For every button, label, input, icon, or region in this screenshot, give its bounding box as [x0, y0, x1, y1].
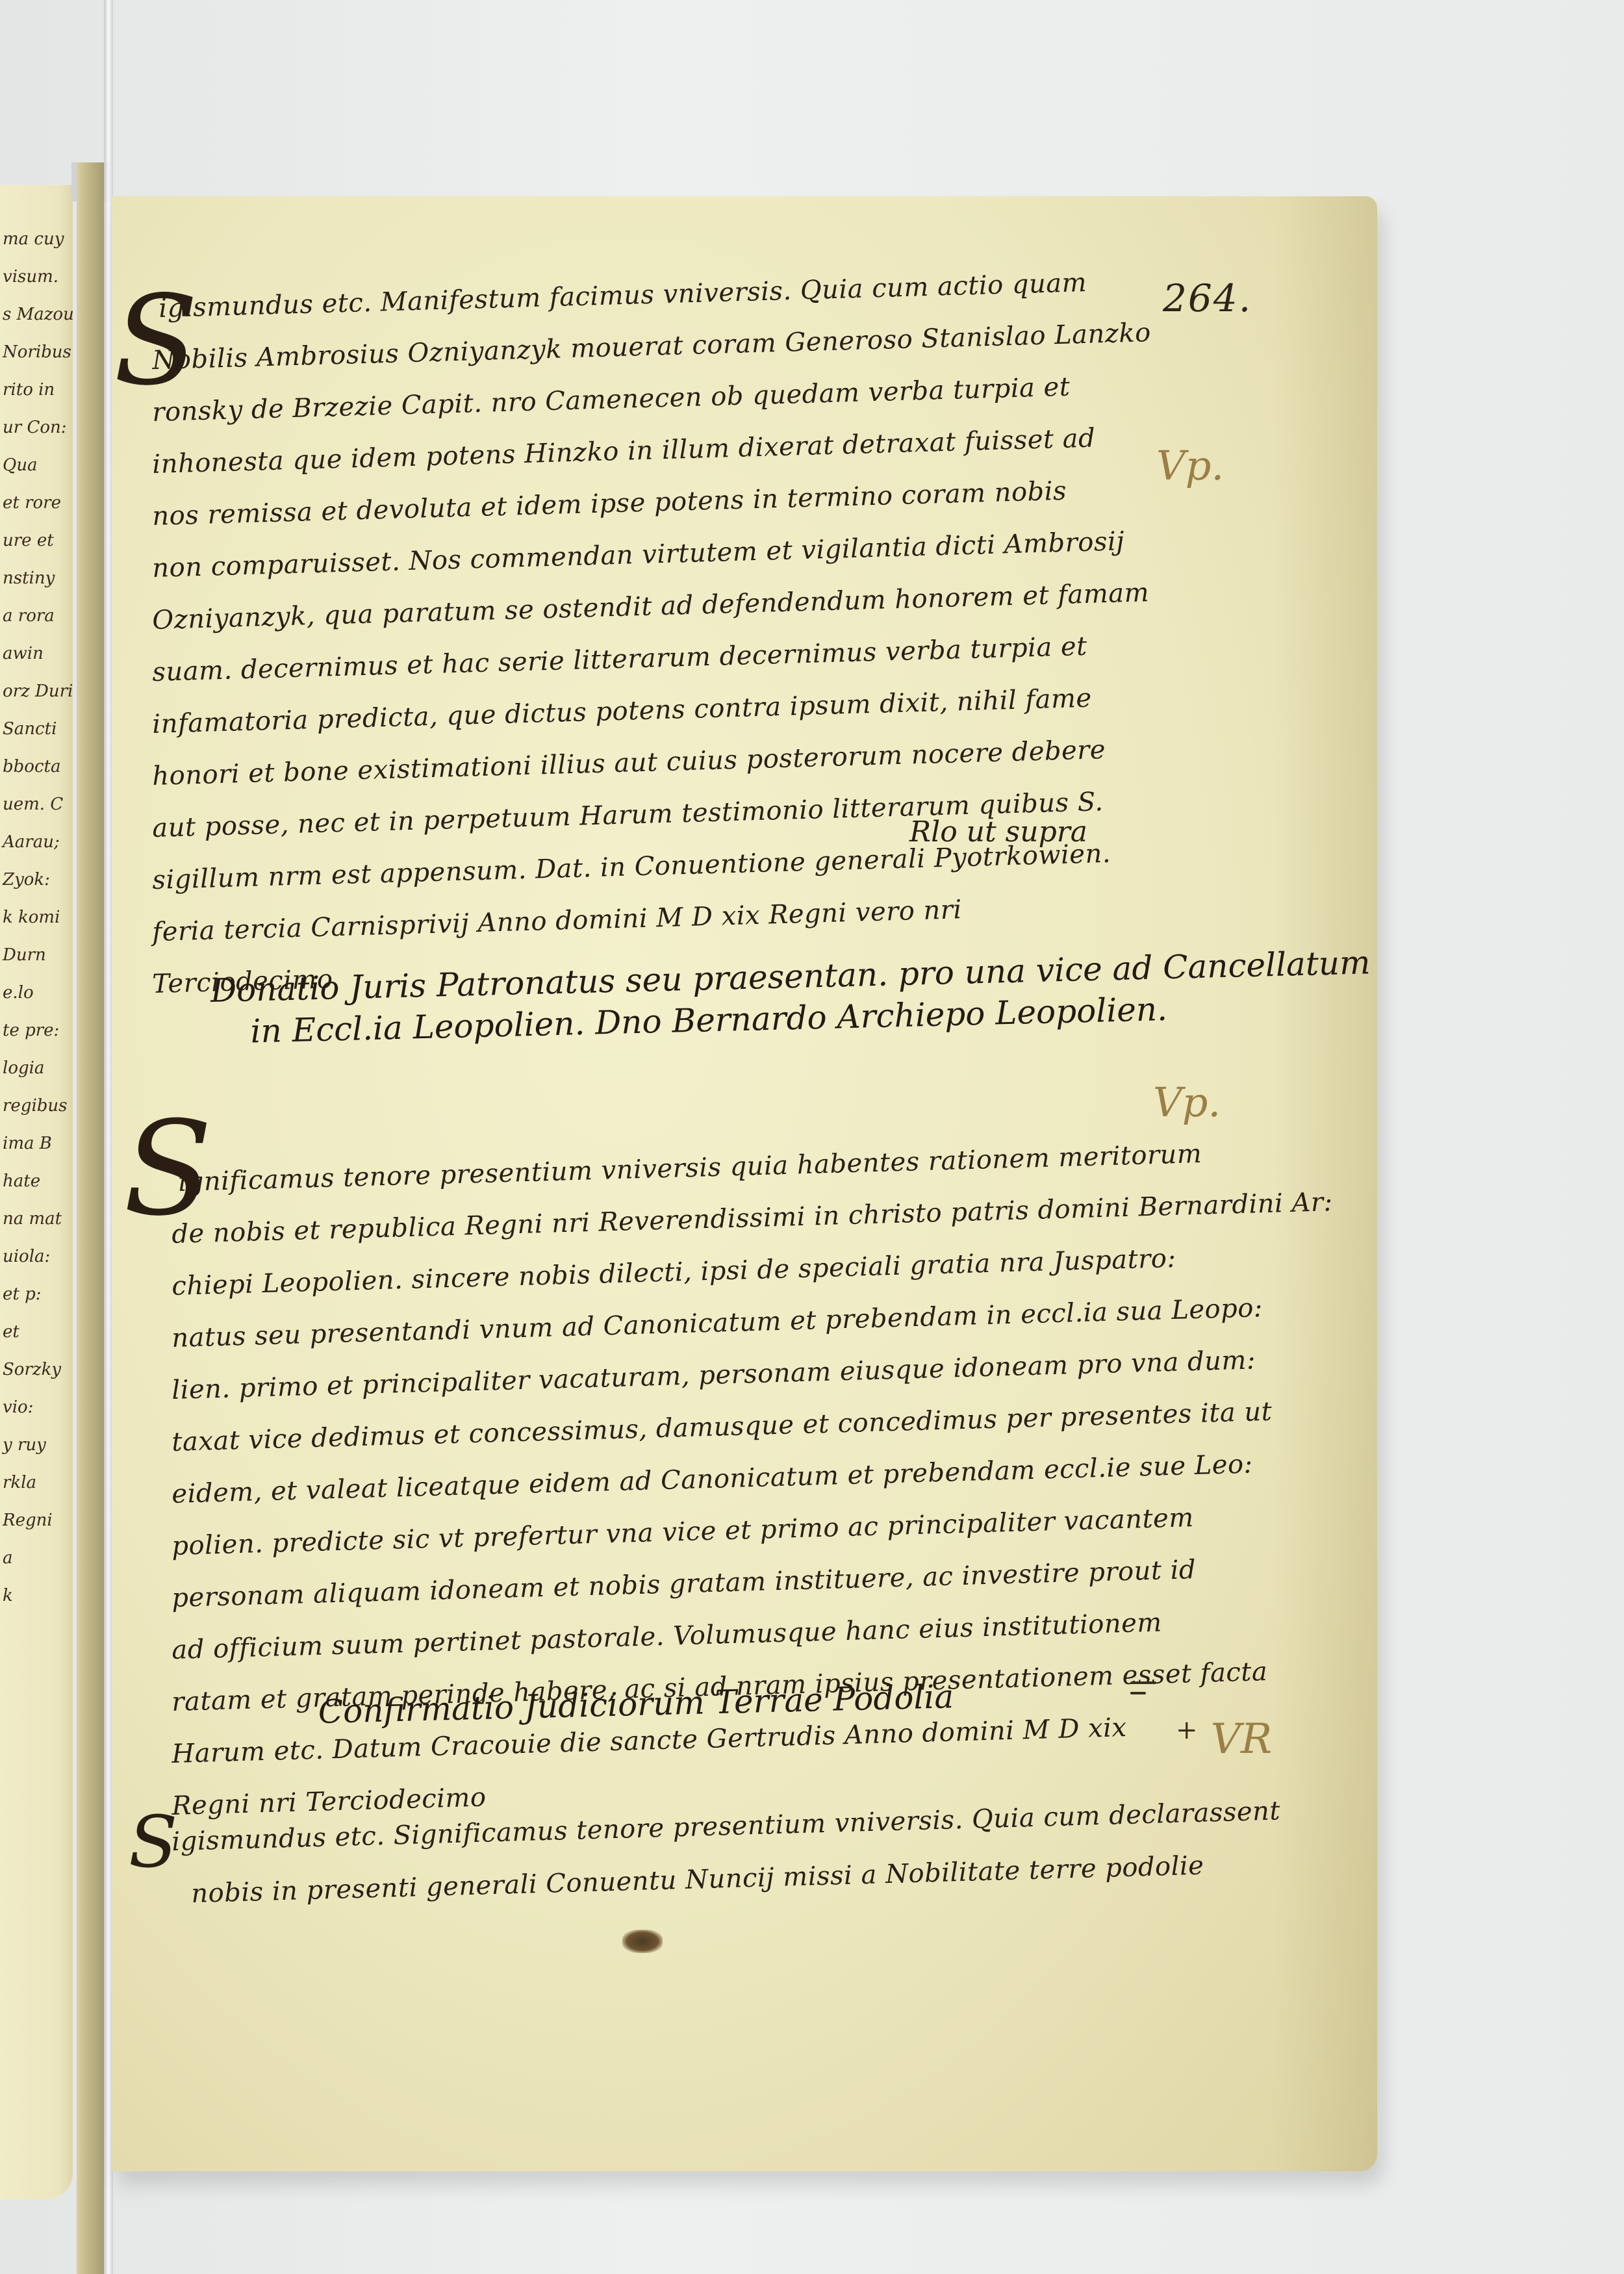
left-page-fragment: regibus	[3, 1097, 68, 1114]
left-page-fragment: Durn	[3, 947, 68, 964]
left-page-fragment: awin	[3, 645, 68, 662]
left-page-fragment: te pre:	[3, 1022, 68, 1039]
left-page-fragment: Zyok:	[3, 871, 68, 888]
left-page-fragment: Regni	[3, 1512, 68, 1529]
margin-dash	[1130, 1681, 1156, 1684]
left-page-fragment: visum.	[3, 268, 68, 285]
entry-2-text: ignificamus tenore presentium vniversis …	[179, 1169, 1179, 1845]
left-page-fragment: ure et	[3, 532, 68, 549]
entry-3-text: igismundus etc. Significamus tenore pres…	[172, 1829, 1173, 1933]
left-page-fragment: a	[3, 1550, 68, 1566]
left-page-fragment: et	[3, 1323, 68, 1340]
initial-letter-entry-3: S	[129, 1806, 177, 1878]
left-page-fragment: Sorzky	[3, 1361, 68, 1378]
entry-1-text: igismundus etc. Manifestum facimus vnive…	[159, 296, 1160, 1023]
left-page-fragment: logia	[3, 1060, 68, 1077]
left-page-fragment: Sancti	[3, 721, 68, 737]
left-page-fragment: y ruy	[3, 1437, 68, 1453]
margin-dash	[1130, 1692, 1146, 1694]
left-page-fragment: et p:	[3, 1286, 68, 1303]
left-page-fragment: Aarau;	[3, 834, 68, 850]
left-page-fragment: Noribus	[3, 344, 68, 361]
left-page-fragment: k	[3, 1587, 68, 1604]
signature-rlo-ut-supra: Rlo ut supra	[909, 815, 1087, 849]
margin-note-vr: + VR	[1176, 1715, 1272, 1763]
margin-note-vp-1: Vp.	[1156, 442, 1224, 489]
margin-note-vp-2: Vp.	[1153, 1079, 1221, 1126]
book-gutter	[77, 162, 104, 2274]
cross-mark: +	[1176, 1715, 1198, 1745]
left-page-fragment: ma cuy	[3, 231, 68, 248]
folio-number: 264.	[1163, 276, 1252, 320]
left-page-fragment: rito in	[3, 381, 68, 398]
left-page-fragment: nstiny	[3, 570, 68, 587]
left-page-fragment: uem. C	[3, 796, 68, 813]
left-page-fragment: vio:	[3, 1399, 68, 1416]
left-page-fragment: na mat	[3, 1210, 68, 1227]
left-page-fragment: orz Duri	[3, 683, 68, 700]
left-page-fragment: s Mazoui	[3, 306, 68, 323]
left-page-fragment: k komi	[3, 909, 68, 926]
left-page-fragment: a rora	[3, 607, 68, 624]
left-page-fragment: ima B	[3, 1135, 68, 1152]
left-page-fragment: bbocta	[3, 758, 68, 775]
left-page-fragment: uiola:	[3, 1248, 68, 1265]
left-page-fragment: rkla	[3, 1474, 68, 1491]
left-page-fragment: e.lo	[3, 984, 68, 1001]
left-page-fragment: Qua	[3, 457, 68, 474]
left-page-fragment: ur Con:	[3, 419, 68, 436]
left-page-fragment: hate	[3, 1173, 68, 1190]
left-page-fragment: et rore	[3, 494, 68, 511]
ink-stain	[622, 1930, 663, 1953]
margin-note-vr-text: VR	[1211, 1715, 1272, 1763]
left-facing-page: ma cuyvisum.s MazouiNoribusrito inur Con…	[0, 185, 73, 2199]
